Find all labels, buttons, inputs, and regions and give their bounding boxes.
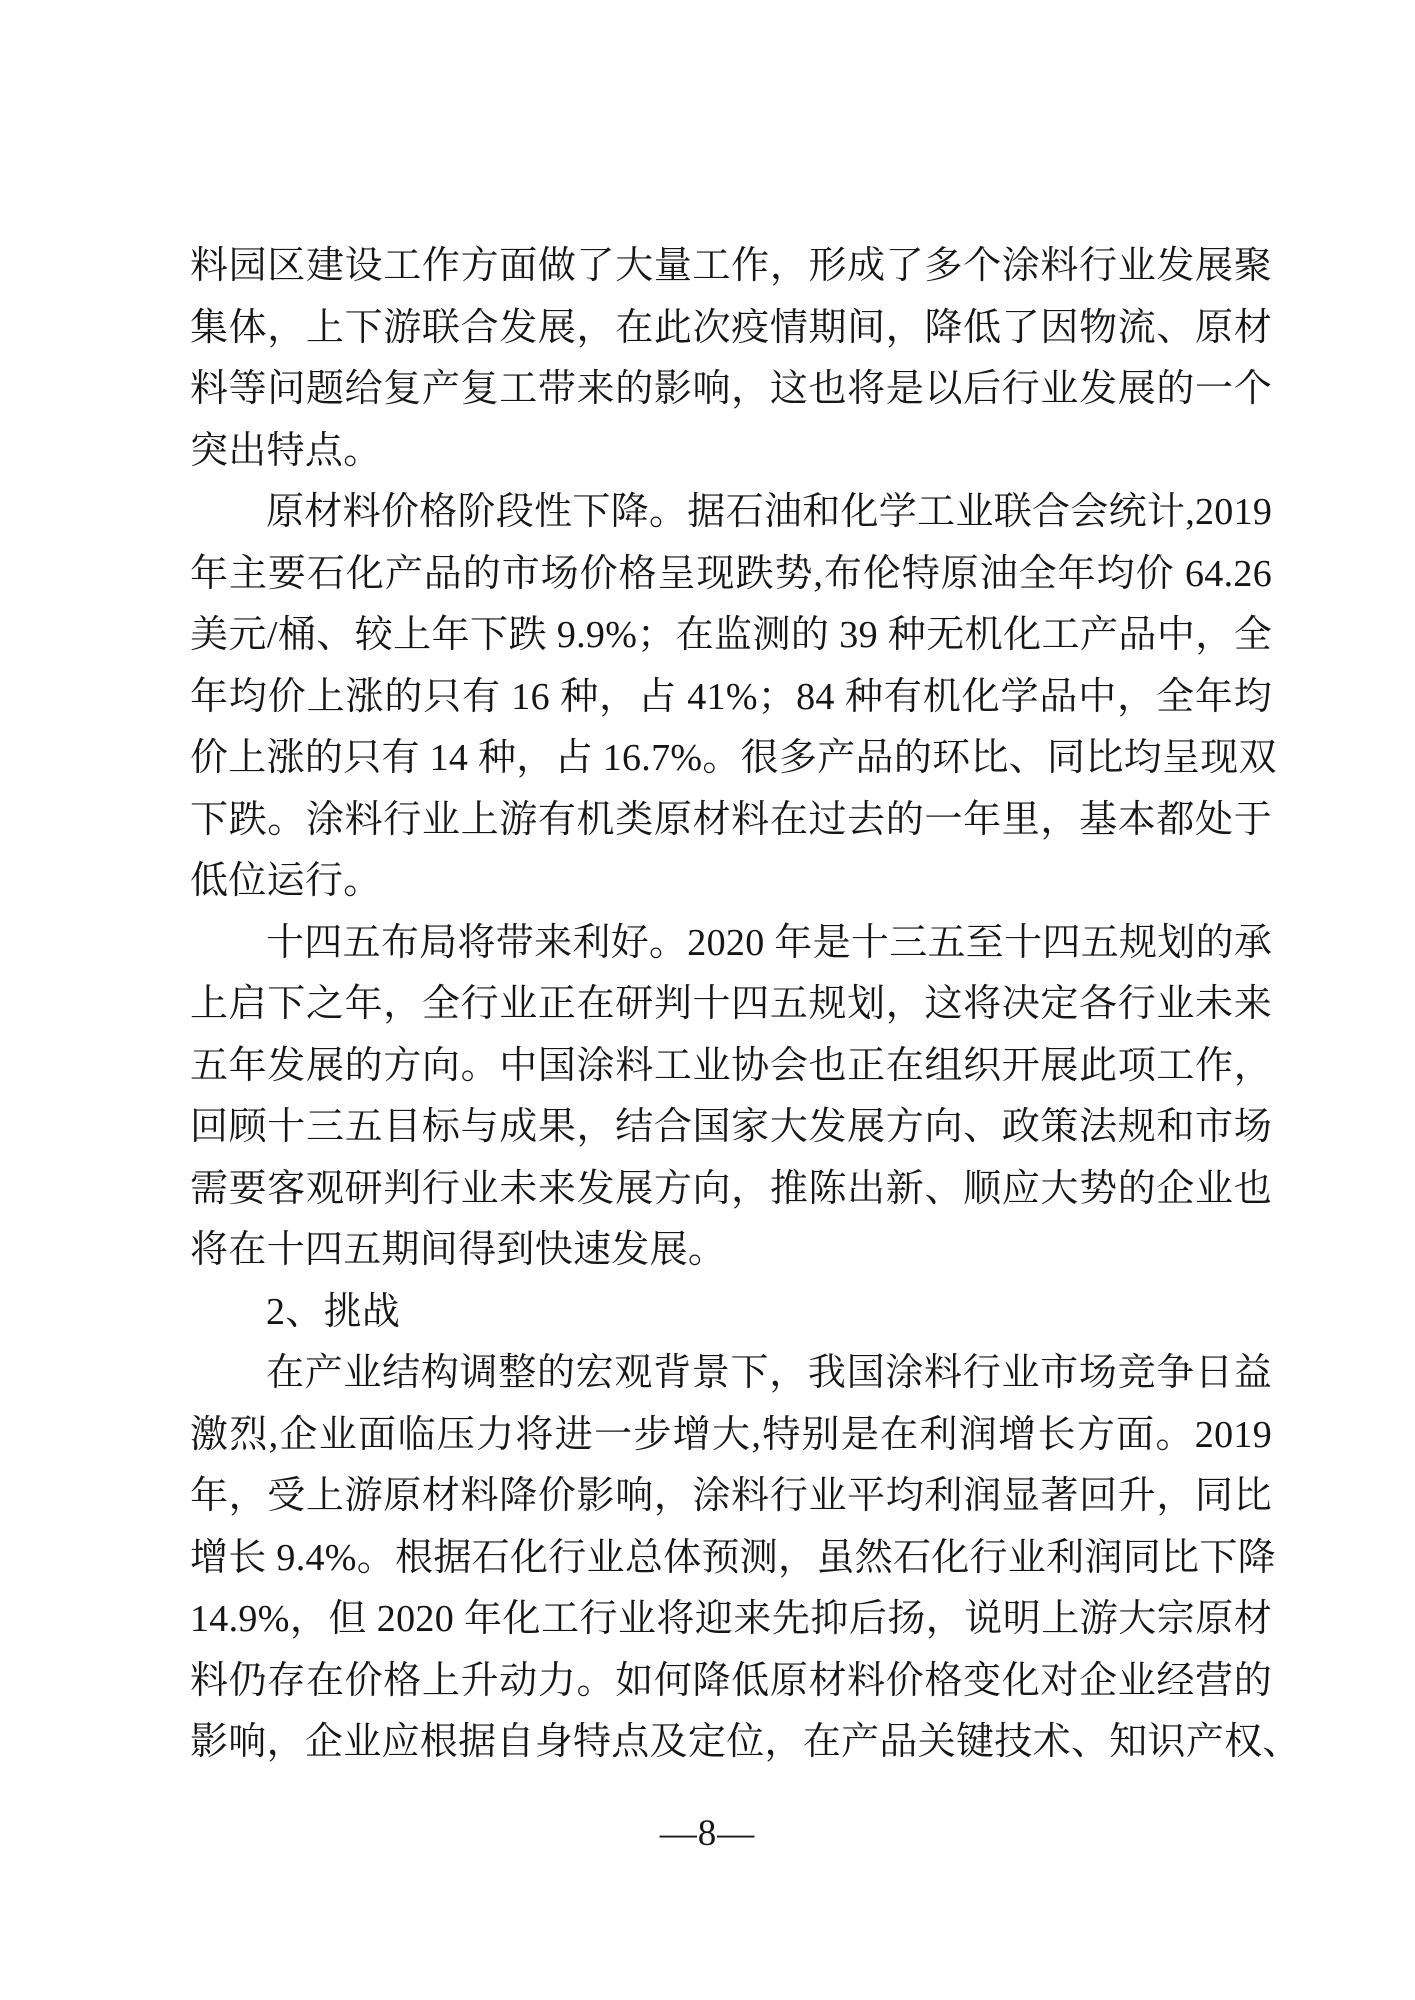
body-text-line: 年均价上涨的只有 16 种，占 41%；84 种有机化学品中，全年均: [190, 667, 1272, 729]
body-text-line: 价上涨的只有 14 种，占 16.7%。很多产品的环比、同比均呈现双: [190, 728, 1272, 790]
body-text-line: 影响，企业应根据自身特点及定位，在产品关键技术、知识产权、: [190, 1712, 1272, 1774]
section-heading-challenges: 2、挑战: [190, 1282, 1272, 1344]
body-text-line: 美元/桶、较上年下跌 9.9%；在监测的 39 种无机化工产品中，全: [190, 605, 1272, 667]
body-text-line: 在产业结构调整的宏观背景下，我国涂料行业市场竞争日益: [190, 1343, 1272, 1405]
body-text-line: 需要客观研判行业未来发展方向，推陈出新、顺应大势的企业也: [190, 1159, 1272, 1221]
body-text-line: 十四五布局将带来利好。2020 年是十三五至十四五规划的承: [190, 913, 1272, 975]
document-body: 料园区建设工作方面做了大量工作，形成了多个涂料行业发展聚 集体，上下游联合发展，…: [190, 236, 1272, 1774]
body-text-line: 年，受上游原材料降价影响，涂料行业平均利润显著回升，同比: [190, 1466, 1272, 1528]
body-text-line: 五年发展的方向。中国涂料工业协会也正在组织开展此项工作，: [190, 1036, 1272, 1098]
body-text-line: 14.9%，但 2020 年化工行业将迎来先抑后扬，说明上游大宗原材: [190, 1589, 1272, 1651]
body-text-line: 原材料价格阶段性下降。据石油和化学工业联合会统计,2019: [190, 482, 1272, 544]
body-text-line: 年主要石化产品的市场价格呈现跌势,布伦特原油全年均价 64.26: [190, 544, 1272, 606]
document-page: 料园区建设工作方面做了大量工作，形成了多个涂料行业发展聚 集体，上下游联合发展，…: [0, 0, 1415, 2000]
body-text-line: 集体，上下游联合发展，在此次疫情期间，降低了因物流、原材: [190, 298, 1272, 360]
body-text-line: 低位运行。: [190, 851, 1272, 913]
body-text-line: 增长 9.4%。根据石化行业总体预测，虽然石化行业利润同比下降: [190, 1528, 1272, 1590]
body-text-line: 回顾十三五目标与成果，结合国家大发展方向、政策法规和市场: [190, 1097, 1272, 1159]
body-text-line: 料等问题给复产复工带来的影响，这也将是以后行业发展的一个: [190, 359, 1272, 421]
page-number: —8—: [0, 1812, 1415, 1855]
body-text-line: 激烈,企业面临压力将进一步增大,特别是在利润增长方面。2019: [190, 1405, 1272, 1467]
body-text-line: 上启下之年，全行业正在研判十四五规划，这将决定各行业未来: [190, 974, 1272, 1036]
body-text-line: 料仍存在价格上升动力。如何降低原材料价格变化对企业经营的: [190, 1651, 1272, 1713]
body-text-line: 将在十四五期间得到快速发展。: [190, 1220, 1272, 1282]
body-text-line: 料园区建设工作方面做了大量工作，形成了多个涂料行业发展聚: [190, 236, 1272, 298]
body-text-line: 突出特点。: [190, 421, 1272, 483]
body-text-line: 下跌。涂料行业上游有机类原材料在过去的一年里，基本都处于: [190, 790, 1272, 852]
